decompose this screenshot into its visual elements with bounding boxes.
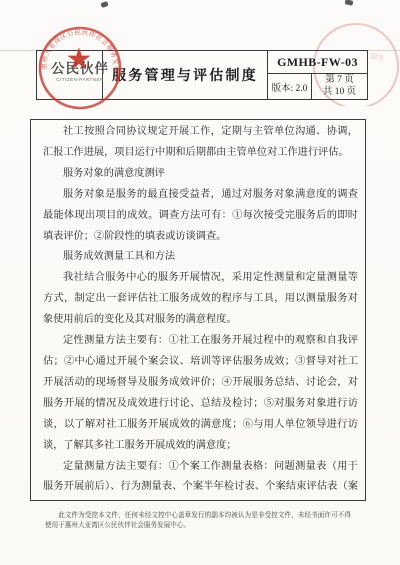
body-line: 汇报工作进展，项目运行中期和后期都由主管单位对工作进行评估。	[43, 143, 358, 164]
page-title: 服务管理与评估制度	[103, 51, 267, 99]
doc-number: GMHB-FW-03	[268, 51, 367, 74]
document-page: 服务 服务管理与评估制度 GMHB-FW-03 版本: 2.0 第 7 页 共 …	[0, 0, 400, 565]
faint-stamp-mark: 服务	[370, 51, 386, 63]
ink-speck	[345, 0, 354, 6]
body-line: 服务对象的满意度测评	[43, 164, 358, 185]
body-line: 方式，制定出一套评估社工服务成效的程序与工具，用以测量服务对	[43, 289, 358, 310]
body-line: 最能体现出项目的成效。调查方法可有：①每次接受完服务后的即时	[43, 206, 358, 227]
body-line: 服务开展前后）、行为测量表、个案半年检讨表、个案结束评估表（案	[43, 477, 358, 498]
body-line: 我社结合服务中心的服务开展情况，采用定性测量和定量测量等	[43, 268, 358, 289]
body-text: 社工按照合同协议规定开展工作，定期与主管单位沟通、协调，汇报工作进展，项目运行中…	[43, 122, 358, 498]
star-icon: ★	[66, 42, 93, 77]
body-line: 开展活动的现场督导及服务成效评价；④开展服务总结、讨论会，对	[43, 373, 358, 394]
body-line: 定量测量方法主要有：①个案工作测量表格：问题测量表（用于	[43, 457, 358, 478]
body-line: 估；②中心通过开展个案会议、培训等评估服务成效；③督导对社工	[43, 352, 358, 373]
red-stamp: 惠州大亚湾区公民伙伴社会服务发展中心 ★	[34, 14, 126, 112]
version-label: 版本: 2.0	[268, 74, 312, 99]
body-line: 谈，以了解对社工服务开展成效的满意度；⑥与用人单位领导进行访	[43, 415, 358, 436]
page-no: 第 7 页	[325, 75, 354, 87]
ink-speck	[100, 1, 108, 8]
doc-info-block: GMHB-FW-03 版本: 2.0 第 7 页 共 10 页	[267, 51, 367, 99]
footer-note: 此文件为受控本文件，任何未经文控中心盖章发行的副本均被认为是非受控文件，未经书面…	[45, 511, 351, 530]
body-line: 社工按照合同协议规定开展工作，定期与主管单位沟通、协调，	[43, 122, 358, 143]
body-box: 社工按照合同协议规定开展工作，定期与主管单位沟通、协调，汇报工作进展，项目运行中…	[30, 119, 366, 501]
body-line: 象使用前后的变化及其对服务的满意程度。	[43, 310, 358, 331]
body-line: 谈，了解其多社工服务开展成效的满意度；	[43, 436, 358, 457]
body-line: 服务开展的情况及成效进行讨论、总结及检讨；⑤对服务对象进行访	[43, 394, 358, 415]
body-line: 定性测量方法主要有：①社工在服务开展过程中的观察和自我评	[43, 331, 358, 352]
page-total: 共 10 页	[323, 87, 356, 99]
body-line: 服务成效测量工具和方法	[43, 247, 358, 268]
body-line: 填表评价；②阶段性的填表或访谈调查。	[43, 227, 358, 248]
page-number-cell: 第 7 页 共 10 页	[312, 74, 367, 99]
body-line: 服务对象是服务的最直接受益者，通过对服务对象满意度的调查	[43, 185, 358, 206]
